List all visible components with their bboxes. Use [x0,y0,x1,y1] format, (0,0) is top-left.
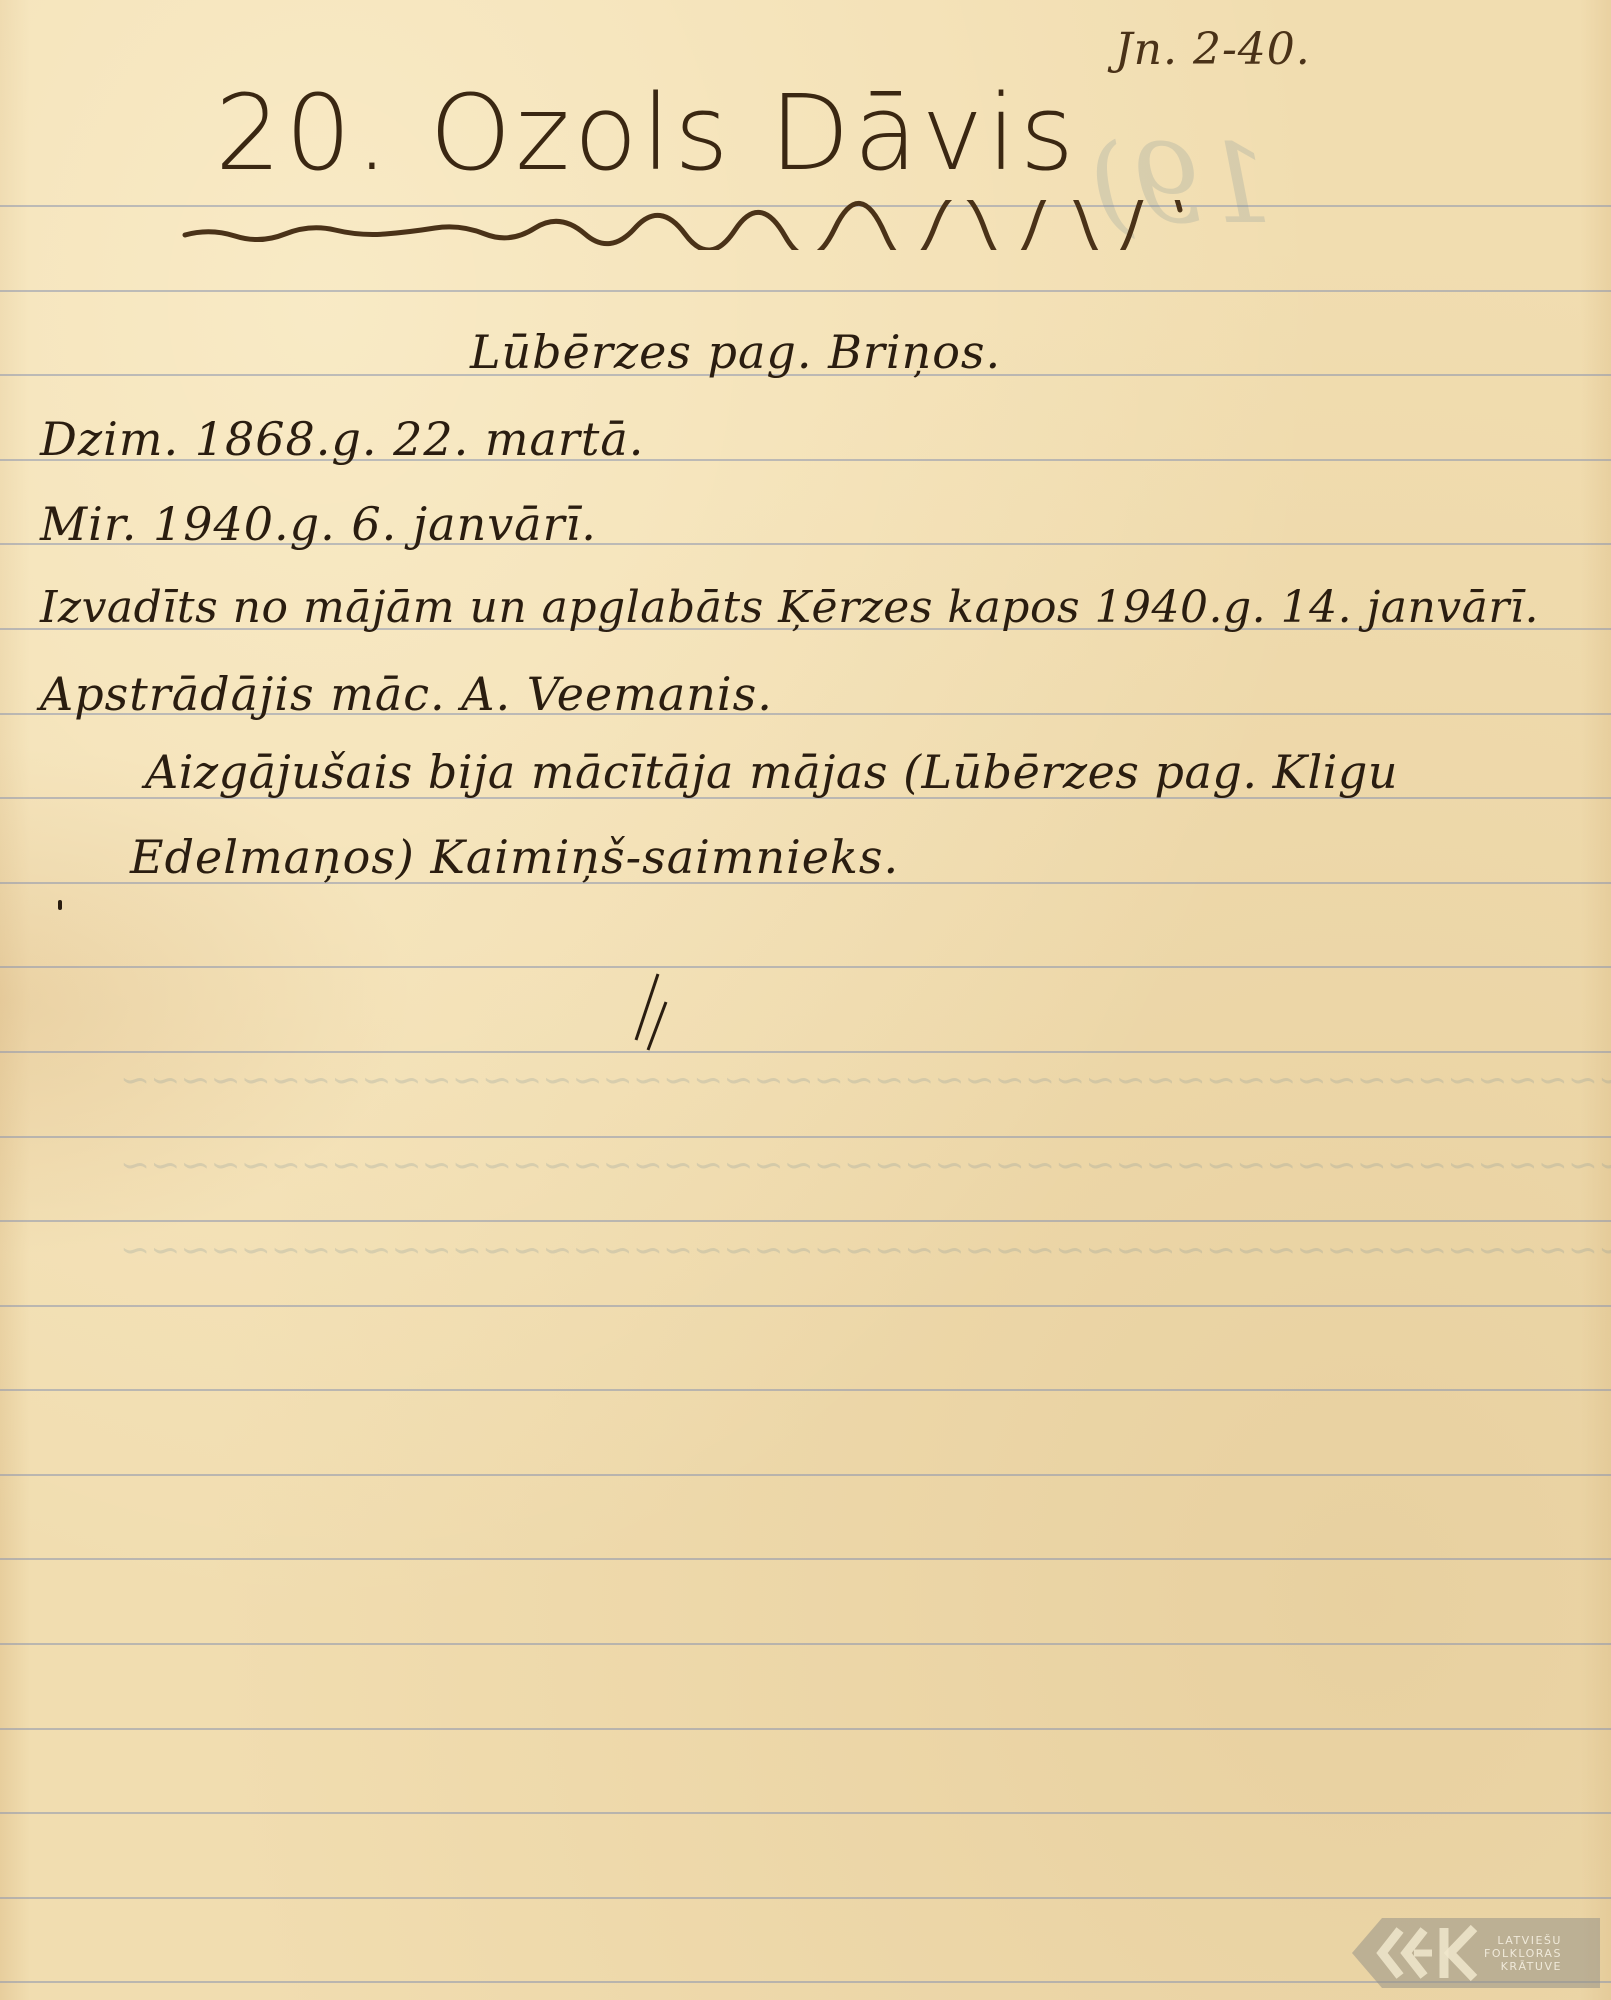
ruled-line [0,1643,1611,1645]
ruled-line [0,1051,1611,1053]
officiant-line: Apstrādājis māc. A. Veemanis. [40,667,773,721]
birth-line: Dzim. 1868.g. 22. martā. [40,412,644,466]
death-line: Mir. 1940.g. 6. janvārī. [40,497,597,551]
archive-watermark-logo: LATVIEŠU FOLKLORAS KRĀTUVE [1352,1918,1600,1988]
place-heading: Lūbērzes pag. Briņos. [470,325,1001,379]
ruled-line [0,1305,1611,1307]
ruled-line [0,1897,1611,1899]
title-underline [180,200,1190,250]
ruled-line [0,966,1611,968]
end-mark-icon [618,972,678,1052]
logo-line-1: LATVIEŠU [1484,1934,1562,1947]
burial-line: Izvadīts no mājām un apglabāts Ķērzes ka… [40,582,1539,633]
ruled-line [0,290,1611,292]
deceased-note-line-continued: Edelmaņos) Kaimiņš-saimnieks. [130,830,899,884]
ruled-line [0,1389,1611,1391]
bleed-through-text: ~~~~~~~~~~~~~~~~~~~~~~~~~~~~~~~~~~~~~~~~… [120,1145,1611,1186]
ruled-line [0,1220,1611,1222]
bleed-through-text: ~~~~~~~~~~~~~~~~~~~~~~~~~~~~~~~~~~~~~~~~… [120,1230,1611,1271]
document-page: 19) ~~~~~~~~~~~~~~~~~~~~~~~~~~~~~~~~~~~~… [0,0,1611,2000]
ruled-line [0,1981,1611,1983]
date-note: Jn. 2-40. [1115,24,1311,75]
logo-line-3: KRĀTUVE [1484,1960,1562,1973]
page-title: 20. Ozols Dāvis [215,72,1078,194]
ruled-line [0,1812,1611,1814]
ruled-line [0,1474,1611,1476]
bleed-through-text: ~~~~~~~~~~~~~~~~~~~~~~~~~~~~~~~~~~~~~~~~… [120,1060,1611,1101]
ruled-line [0,1558,1611,1560]
logo-line-2: FOLKLORAS [1484,1947,1562,1960]
ruled-line [0,1136,1611,1138]
deceased-note-line: Aizgājušais bija mācītāja mājas (Lūbērze… [145,745,1398,799]
lfk-logo-icon [1352,1918,1482,1988]
ink-dot [58,900,62,910]
ruled-line [0,1728,1611,1730]
